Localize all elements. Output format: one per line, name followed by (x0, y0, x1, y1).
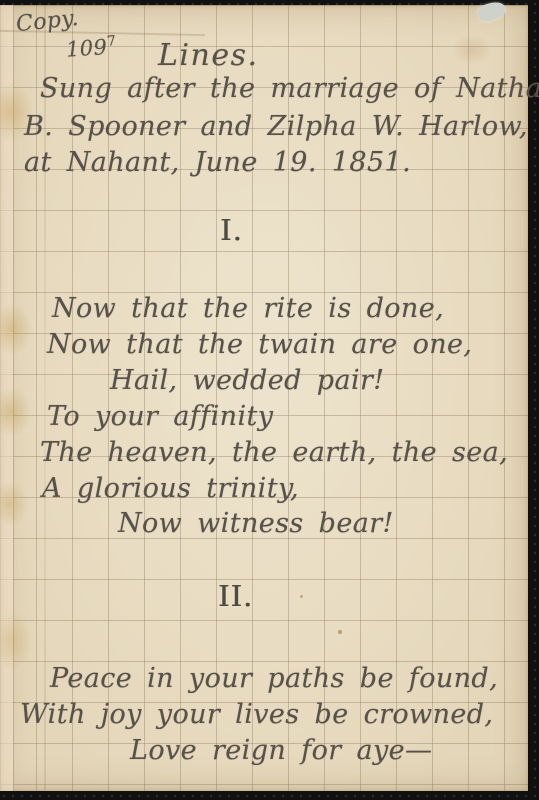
subtitle-line: Sung after the marriage of Nathaniel (40, 73, 539, 104)
page-number-value: 109 (65, 35, 108, 62)
poem-line: Now that the rite is done, (52, 293, 444, 324)
poem-line: To your affinity (47, 401, 273, 432)
poem-line: Love reign for aye— (130, 735, 432, 766)
page-number: 1097 (65, 33, 117, 61)
poem-line: Peace in your paths be found, (50, 663, 498, 694)
page-number-superscript: 7 (106, 33, 116, 50)
poem-line: Now that the twain are one, (47, 329, 472, 360)
stanza-numeral: II. (218, 579, 253, 613)
poem-line: Now witness bear! (118, 508, 394, 539)
poem-line: With joy your lives be crowned, (20, 699, 493, 730)
binding-edge (0, 5, 14, 791)
poem-line: A glorious trinity, (42, 473, 299, 504)
poem-line: The heaven, the earth, the sea, (40, 437, 508, 468)
poem-line: Hail, wedded pair! (110, 365, 385, 396)
foxing-speck (338, 630, 342, 634)
subtitle-line: at Nahant, June 19. 1851. (24, 147, 411, 178)
foxing-speck (300, 595, 303, 598)
tape-residue (476, 0, 507, 23)
stain (452, 35, 492, 65)
poem-title: Lines. (158, 38, 259, 73)
manuscript-page: Copy. 1097 Lines. Sung after the marriag… (0, 5, 528, 791)
subtitle-line: B. Spooner and Zilpha W. Harlow, (24, 111, 528, 142)
stanza-numeral: I. (220, 213, 243, 247)
